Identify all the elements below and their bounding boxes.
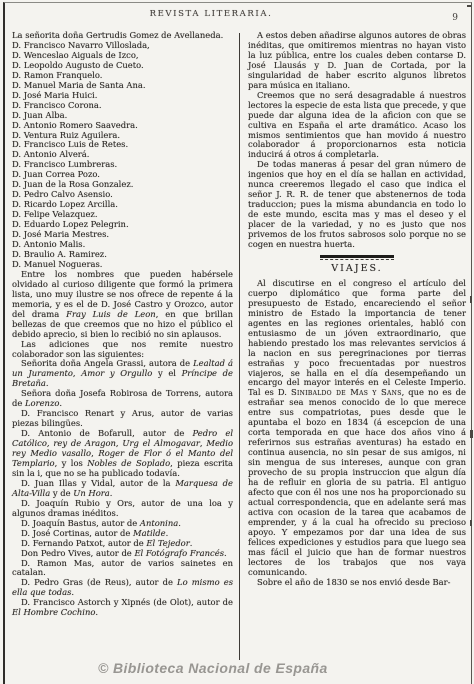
work-title: El Hombre Cochino: [12, 607, 95, 617]
divider-bar: [320, 255, 394, 258]
library-watermark: © Biblioteca Nacional de España: [98, 660, 328, 676]
work-title: Lorenzo: [25, 398, 59, 408]
work-title: Fray Luis de Leon: [66, 309, 156, 319]
contributor-name: D. Ramon Franquelo.: [12, 71, 233, 81]
scan-artifact: [470, 430, 473, 438]
text-run: Creemos que no será desagradable á nuest…: [248, 90, 466, 160]
contributor-name: D. Francisco Corona.: [12, 101, 233, 111]
text-run: D. Francisco Renart y Arus, autor de var…: [12, 408, 233, 428]
text-run: y de: [50, 488, 73, 498]
paragraph: A estos deben añadirse algunos autores d…: [248, 31, 466, 91]
page-header: REVISTA LITERARIA. 9: [12, 9, 464, 25]
text-run: D. Fernando Patxot, autor de: [21, 538, 146, 548]
divider-dashes: [320, 259, 394, 260]
paragraph: D. Joaquín Rubio y Ors, autor de una loa…: [12, 499, 233, 519]
text-run: .: [166, 528, 169, 538]
contributor-name: D. Wenceslao Aiguals de Izco,: [12, 51, 233, 61]
contributor-name: D. Francisco Navarro Villoslada,: [12, 41, 233, 51]
paragraph: Señora doña Josefa Robirosa de Torrens, …: [12, 389, 233, 409]
contributor-name: D. Braulio A. Ramirez.: [12, 250, 233, 260]
text-run: , que no es de estrañar sea menos conoci…: [248, 387, 466, 576]
contributor-name: D. Juan Alba.: [12, 111, 233, 121]
page-number: 9: [452, 13, 458, 23]
text-run: .: [95, 607, 98, 617]
paragraph: Creemos que no será desagradable á nuest…: [248, 91, 466, 161]
text-run: D. Joaquín Rubio y Ors, autor de una loa…: [12, 498, 233, 518]
text-run: D. Francisco Astorch y Xipnés (de Olot),…: [21, 597, 233, 607]
work-title: Nobles de Soplado: [87, 458, 170, 468]
text-run: .: [224, 548, 227, 558]
contributor-name: D. Francisco Lumbreras.: [12, 160, 233, 170]
text-run: .: [190, 538, 193, 548]
column-left: La señorita doña Gertrudis Gomez de Avel…: [12, 31, 239, 660]
contributor-name: D. Antonio Alverá.: [12, 150, 233, 160]
text-run: ,: [73, 368, 81, 378]
contributor-name: D. Ricardo Lopez Arcilla.: [12, 200, 233, 210]
work-title: El Fotógrafo Francés: [134, 548, 224, 558]
paragraph: D. Pedro Gras (de Reus), autor de Lo mis…: [12, 578, 233, 598]
column-right: A estos deben añadirse algunos autores d…: [240, 31, 466, 660]
paragraph: D. Francisco Renart y Arus, autor de var…: [12, 409, 233, 429]
text-run: .: [178, 518, 181, 528]
text-run: Don Pedro Vives, autor de: [21, 548, 134, 558]
contributor-name: D. Antonio Romero Saavedra.: [12, 121, 233, 131]
journal-title: REVISTA LITERARIA.: [12, 9, 410, 19]
text-run: D. Juan Illas y Vidal, autor de la: [21, 478, 175, 488]
text-run: De todas maneras á pesar del gran número…: [248, 159, 466, 249]
contributor-name: D. Felipe Velazquez.: [12, 210, 233, 220]
section-divider: [320, 255, 394, 260]
text-run: D. Antonio de Bofarull, autor de: [21, 428, 193, 438]
text-run: Sobre el año de 1830 se nos envió desde …: [257, 577, 450, 587]
paragraph: Señorita doña Angela Grassi, autora de L…: [12, 359, 233, 389]
left-paragraphs: Entre los nombres que pueden habérsele o…: [12, 270, 233, 618]
contributor-name: D. Juan de la Rosa Gonzalez.: [12, 180, 233, 190]
paragraph: Las adiciones que nos remite nuestro col…: [12, 340, 233, 360]
text-run: Señorita doña Angela Grassi, autora de: [21, 358, 193, 368]
scan-artifact: [470, 296, 472, 303]
paragraph: D. Francisco Astorch y Xipnés (de Olot),…: [12, 598, 233, 618]
contributor-name: D. Manuel Maria de Santa Ana.: [12, 81, 233, 91]
contributor-name: D. José Maria Mestres.: [12, 230, 233, 240]
paragraph: D. Antonio de Bofarull, autor de Pedro e…: [12, 429, 233, 479]
contributor-name: D. Antonio Malis.: [12, 240, 233, 250]
paragraph: Sobre el año de 1830 se nos envió desde …: [248, 578, 466, 588]
text-run: D. Pedro Gras (de Reus), autor de: [21, 577, 177, 587]
contributor-name: D. Eduardo Lopez Pelegrin.: [12, 220, 233, 230]
text-run: D. Joaquín Bastus, autor de: [21, 518, 140, 528]
contributor-name: La señorita doña Gertrudis Gomez de Avel…: [12, 31, 233, 41]
contributor-list: La señorita doña Gertrudis Gomez de Avel…: [12, 31, 233, 270]
text-run: D. José Cortinas, autor de: [21, 528, 133, 538]
contributor-name: D. Ventura Ruiz Aguilera.: [12, 131, 233, 141]
text-run: y el: [152, 368, 181, 378]
work-title: Antonina: [140, 518, 178, 528]
contributor-name: D. José Maria Huici.: [12, 91, 233, 101]
text-columns: La señorita doña Gertrudis Gomez de Avel…: [12, 31, 466, 660]
work-title: Matilde: [133, 528, 166, 538]
contributor-name: D. Pedro Calvo Asensio.: [12, 190, 233, 200]
person-name: Sinibaldo de Mas y Sans: [291, 387, 402, 397]
work-title: Amor y Orgullo: [81, 368, 152, 378]
contributor-name: D. Juan Correa Pozo.: [12, 170, 233, 180]
scan-artifact: [467, 5, 471, 7]
scanned-page: REVISTA LITERARIA. 9 La señorita doña Ge…: [0, 0, 474, 684]
right-paragraphs-top: A estos deben añadirse algunos autores d…: [248, 31, 466, 250]
text-run: .: [71, 587, 74, 597]
text-run: Al discutirse en el congreso el artículo…: [248, 278, 466, 397]
text-run: , y los: [55, 458, 88, 468]
paragraph: Al discutirse en el congreso el artículo…: [248, 279, 466, 578]
paragraph: D. Juan Illas y Vidal, autor de la Marqu…: [12, 479, 233, 499]
text-run: D. Ramon Mas, autor de varios sainetes e…: [12, 558, 233, 578]
work-title: El Tejedor: [146, 538, 189, 548]
viajes-paragraphs: Al discutirse en el congreso el artículo…: [248, 279, 466, 588]
contributor-name: D. Leopoldo Augusto de Cueto.: [12, 61, 233, 71]
viajes-heading: VIAJES.: [248, 264, 466, 274]
text-run: A estos deben añadirse algunos autores d…: [248, 30, 466, 90]
text-run: .: [110, 488, 113, 498]
paragraph: De todas maneras á pesar del gran número…: [248, 160, 466, 250]
work-title: Un Hora: [73, 488, 109, 498]
paragraph: D. Ramon Mas, autor de varios sainetes e…: [12, 559, 233, 579]
text-run: .: [46, 378, 49, 388]
contributor-name: D. Francisco Luis de Retes.: [12, 140, 233, 150]
work-title: Urg el Almogavar: [122, 438, 200, 448]
paragraph: Entre los nombres que pueden habérsele o…: [12, 270, 233, 340]
scan-artifact: [470, 520, 472, 526]
text-run: Las adiciones que nos remite nuestro col…: [12, 339, 233, 359]
text-run: .: [59, 398, 62, 408]
